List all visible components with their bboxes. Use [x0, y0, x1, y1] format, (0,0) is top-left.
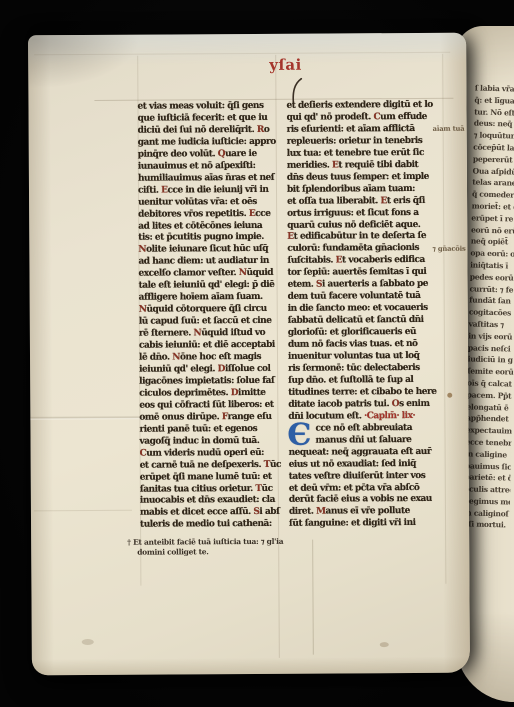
text-line: iniq̄tatis ī	[470, 259, 514, 272]
text-line: dum nō facis vias tuas. et nō	[288, 339, 444, 352]
text-line: erūpet q̄ſi mane lumē tuū: et	[140, 471, 280, 484]
text-line: et deſieris extendere digitū et lo	[286, 100, 442, 113]
text-line: et carnē tuā ne deſpexeris. Tūc	[140, 459, 280, 472]
stain	[380, 642, 389, 647]
text-line: Cum videris nudū operi eū:	[140, 447, 280, 460]
text-column-right: et deſieris extendere digitū et loqui qd…	[286, 100, 445, 531]
text-line: ſūt ſanguine: et digiti vr̄i ini	[289, 518, 445, 531]
text-line: qui qd' nō prodeſt. Cum effude	[287, 112, 443, 125]
text-line: vagoſq̄ induc in domū tuā.	[140, 436, 280, 449]
text-line: lē dn̄o. Nōne hoc eſt magis	[139, 352, 279, 365]
text-line: gant me iudicia iuſticie: appro	[138, 137, 278, 150]
parchment-crease	[30, 416, 148, 421]
chapter-initial-letter: Є	[287, 422, 313, 448]
text-line: rienti panē tuū: et egenos	[139, 424, 279, 437]
text-line: ſ labia vr̄a	[475, 82, 514, 95]
text-column-left: et vias meas voluit: q̄ſi gensque iuſtic…	[137, 101, 280, 532]
text-line: lux tua: et tenebre tue erūt ſic	[287, 148, 443, 161]
text-line: iunauimus et nō aſpexiſti:	[138, 161, 278, 174]
footnote: † Et anteibit faciē tuā iuſticia tua: ⁊ …	[127, 537, 283, 557]
text-line: ris eſurienti: et aīam afflictā	[287, 124, 443, 137]
text-line: q̄ſi mortui.	[463, 519, 509, 532]
text-line: eius ut nō exaudiat: ſed iniq̄	[289, 458, 445, 471]
text-line: repleueris: orietur in tenebris	[287, 136, 443, 149]
text-line: eos qui cōfracti ſūt liberos: et	[139, 400, 279, 413]
stain	[447, 393, 452, 398]
footnote-line: domini colliget te.	[137, 546, 283, 556]
text-line: titudines terre: et cibabo te here	[288, 387, 444, 400]
ruling-line	[312, 540, 314, 655]
footnote-line: † Et anteibit faciē tuā iuſticia tua: ⁊ …	[127, 537, 283, 547]
text-line: ſabbatū delicatū et ſanctū dn̄i	[288, 315, 444, 328]
text-line: Nūquid cōtorquere q̄ſi circu	[139, 304, 279, 317]
text-line: vaſtitas ⁊	[468, 318, 514, 331]
text-line: pacem. Pp̄t	[467, 389, 513, 402]
text-line: cabis ieiuniū: et diē acceptabi	[139, 340, 279, 353]
text-line: oīs q̄ calcat	[467, 377, 513, 390]
manuscript-page: yſai et vias meas voluit: q̄ſi gensque i…	[28, 33, 470, 676]
column-section: et deſieris extendere digitū et loqui qd…	[286, 100, 444, 412]
text-line: meridies. Et requiē tibi dabit	[287, 160, 443, 173]
text-line: tates veſtre diuiſerūt inter vos	[289, 470, 445, 483]
text-line: ligacōnes impietatis: ſolue faſ	[139, 376, 279, 389]
text-line: manus dn̄i ut ſaluare	[315, 434, 444, 447]
text-line: bit ſplendoribus aīam tuam:	[287, 183, 443, 196]
chapter-start-section: Є cce nō eſt abbreuiatamanus dn̄i ut ſal…	[288, 423, 445, 532]
text-line: et vias meas voluit: q̄ſi gens	[137, 101, 277, 114]
text-line: uenitur volūtas vr̄a: et oēs	[138, 196, 278, 209]
text-line: et oſſa tua liberabit. Et eris q̄ſi	[287, 195, 443, 208]
text-line: tuleris de medio tui cathenā:	[140, 519, 280, 532]
text-line: dn̄s deus tuus ſemper: et imple	[287, 172, 443, 185]
text-line: pegimus me	[464, 495, 510, 508]
text-line: cce nō eſt abbreuiata	[315, 423, 444, 436]
text-line: pepererūt	[473, 153, 514, 166]
text-line: glorioſū: et glorificaueris eū	[288, 327, 444, 340]
text-line: ciculos deprimētes. Dimitte	[139, 388, 279, 401]
running-header: yſai	[269, 56, 302, 74]
text-line: rē ſternere. Nūquid iſtud vo	[139, 328, 279, 341]
text-line: in caligine	[465, 448, 511, 461]
ruling-line	[34, 510, 132, 512]
text-line: ditate iacob patris tui. Os enim	[288, 399, 444, 412]
marginal-note: aīam tuā	[433, 125, 465, 133]
text-line: omē onus dirūpe. Frange eſu	[139, 412, 279, 425]
text-line: erūpet ī re	[471, 212, 514, 225]
text-line: moriet̄: et qd	[472, 200, 514, 213]
text-line: diciū dei ſui nō dereliq̄rit. Ro	[138, 125, 278, 138]
stain	[82, 639, 94, 645]
text-line: ciſti. Ecce in die ieiunij vr̄i in	[138, 184, 278, 197]
marginal-note: ⁊ gn̄acōis	[432, 245, 465, 253]
text-line: ecce tenebre	[465, 436, 511, 449]
text-line: expectauim	[466, 424, 512, 437]
text-line: ortus irriguus: et ſicut fons a	[287, 207, 443, 220]
text-line: lū capud ſuū: et ſaccū et cine	[139, 316, 279, 329]
text-line: derūt faciē eius a vobis ne exau	[289, 494, 445, 507]
text-line: ſup dn̄o. et ſuſtollā te ſup al	[288, 375, 444, 388]
text-line: diret. Manus eī vr̄e pollute	[289, 506, 445, 519]
text-line: pinq̄re deo volūt. Quare ie	[138, 149, 278, 162]
text-line: nequeat: neq̄ aggrauata eſt aur̄	[289, 446, 445, 459]
text-line: inuenitur voluntas tua ut loq̄	[288, 351, 444, 364]
text-line: humiliauimus aīas n̄ras et neſ	[138, 173, 278, 186]
text-line: debitores vr̄os repetitis. Ecce	[138, 208, 278, 221]
text-line: que iuſticiā fecerit: et que iu	[138, 113, 278, 126]
text-line: oculis attrec	[464, 483, 510, 496]
text-line: Et edificabūtur in te deſerta ſe	[287, 231, 443, 244]
ruling-line	[34, 52, 450, 56]
text-line: cōcep̄ūt la	[473, 141, 514, 154]
photo-backdrop: ſ labia vr̄aq̄: et līguatur. Nō eſtdeus:…	[0, 0, 514, 707]
text-line: ieiuniū qd' elegi. Diſſolue col	[139, 364, 279, 377]
text-line: ris ſermonē: tūc delectaberis	[288, 363, 444, 376]
chapter-rubric: ·Caplm̄· lix·	[364, 411, 415, 421]
text-line: q̄: et līgua	[474, 94, 514, 107]
text-line: in vijs eorū	[468, 330, 514, 343]
text-line: pedes eorū	[470, 271, 514, 284]
